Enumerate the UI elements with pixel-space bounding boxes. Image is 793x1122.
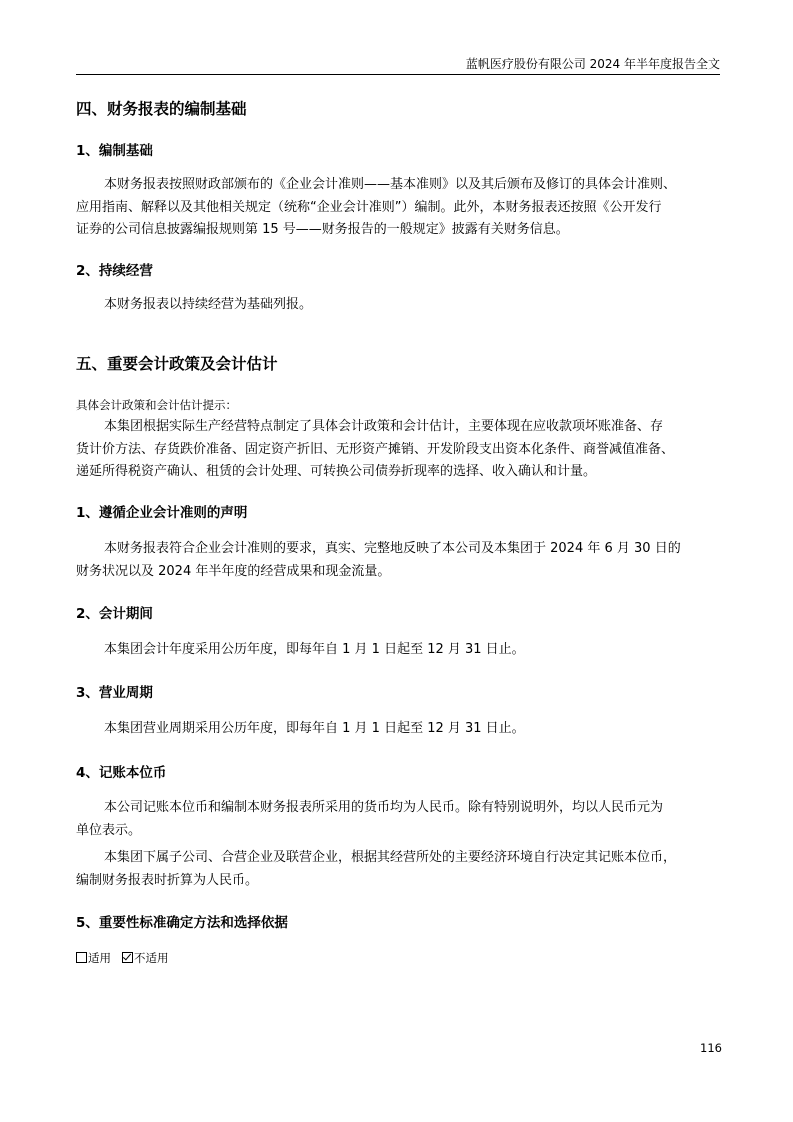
section-5-4-paragraph-2: 本集团下属子公司、合营企业及联营企业，根据其经营所处的主要经济环境自行决定其记账… bbox=[76, 847, 720, 892]
page-number: 116 bbox=[700, 1041, 722, 1055]
checkbox-checked-icon[interactable] bbox=[122, 952, 133, 963]
section-5-4-title: 4、记账本位币 bbox=[76, 761, 166, 781]
section-5-3-title: 3、营业周期 bbox=[76, 681, 153, 701]
option-not-applicable[interactable]: 不适用 bbox=[122, 951, 169, 965]
applicability-options: 适用 不适用 bbox=[76, 950, 168, 966]
section-5-3-paragraph: 本集团营业周期采用公历年度，即每年自 1 月 1 日起至 12 月 31 日止。 bbox=[76, 718, 720, 741]
header-title: 蓝帆医疗股份有限公司 2024 年半年度报告全文 bbox=[466, 57, 720, 71]
section-5-4-paragraph-1: 本公司记账本位币和编制本财务报表所采用的货币均为人民币。除有特别说明外，均以人民… bbox=[76, 797, 720, 842]
section-5-5-title: 5、重要性标准确定方法和选择依据 bbox=[76, 911, 288, 931]
section-5-1-paragraph: 本财务报表符合企业会计准则的要求，真实、完整地反映了本公司及本集团于 2024 … bbox=[76, 538, 720, 583]
page-header: 蓝帆医疗股份有限公司 2024 年半年度报告全文 bbox=[76, 56, 720, 75]
section-5-note: 具体会计政策和会计估计提示： bbox=[76, 397, 237, 413]
section-4-2-title: 2、持续经营 bbox=[76, 259, 153, 279]
section-5-2-title: 2、会计期间 bbox=[76, 602, 153, 622]
section-5-2-paragraph: 本集团会计年度采用公历年度，即每年自 1 月 1 日起至 12 月 31 日止。 bbox=[76, 639, 720, 662]
section-4-2-paragraph: 本财务报表以持续经营为基础列报。 bbox=[76, 294, 720, 317]
section-4-1-title: 1、编制基础 bbox=[76, 139, 153, 159]
section-5-title: 五、重要会计政策及会计估计 bbox=[76, 352, 278, 374]
section-4-title: 四、财务报表的编制基础 bbox=[76, 97, 247, 119]
section-5-intro-paragraph: 本集团根据实际生产经营特点制定了具体会计政策和会计估计，主要体现在应收款项坏账准… bbox=[76, 416, 720, 484]
section-4-1-paragraph: 本财务报表按照财政部颁布的《企业会计准则——基本准则》以及其后颁布及修订的具体会… bbox=[76, 174, 720, 242]
checkbox-unchecked-icon[interactable] bbox=[76, 952, 87, 963]
section-5-1-title: 1、遵循企业会计准则的声明 bbox=[76, 501, 247, 521]
option-applicable[interactable]: 适用 bbox=[76, 951, 115, 965]
